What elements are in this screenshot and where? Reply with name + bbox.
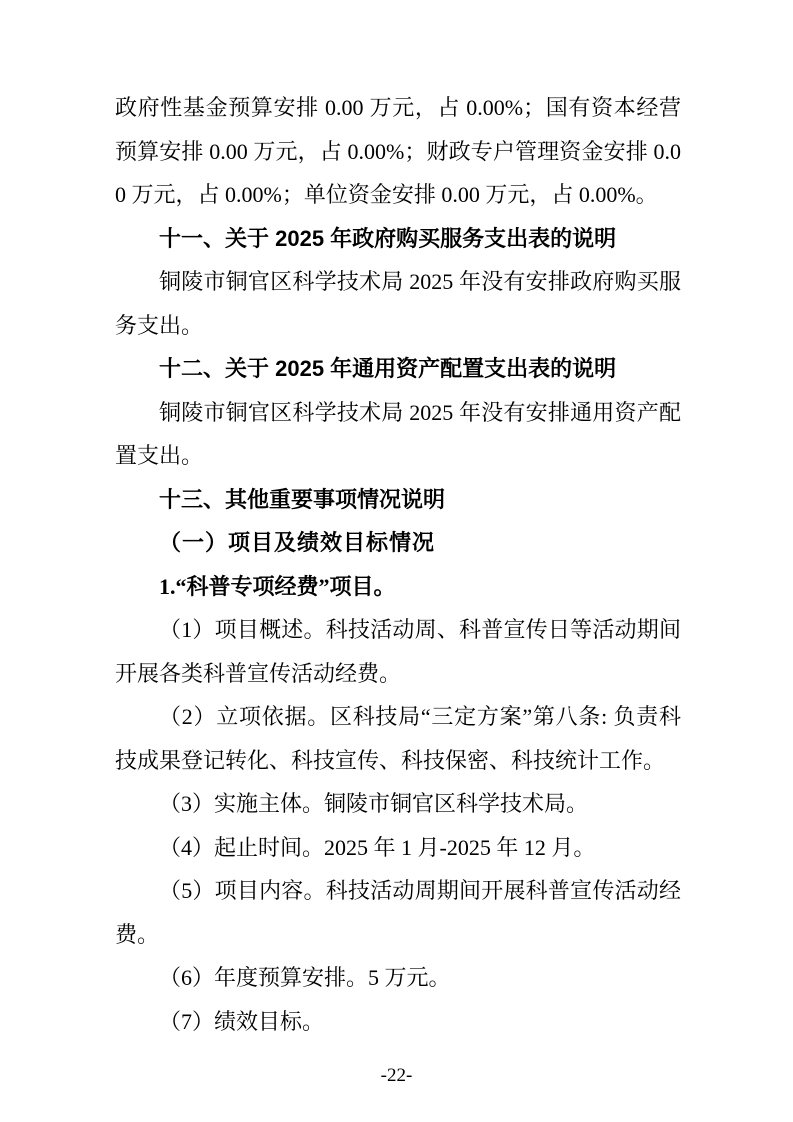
paragraph-performance-goal: （7）绩效目标。 [115,1000,681,1044]
heading-section-thirteen: 十三、其他重要事项情况说明 [115,478,681,522]
paragraph-asset-allocation: 铜陵市铜官区科学技术局 2025 年没有安排通用资产配置支出。 [115,391,681,478]
heading-section-eleven: 十一、关于 2025 年政府购买服务支出表的说明 [115,217,681,261]
paragraph-time-period: （4）起止时间。2025 年 1 月-2025 年 12 月。 [115,826,681,870]
paragraph-project-content: （5）项目内容。科技活动周期间开展科普宣传活动经费。 [115,869,681,956]
paragraph-budget-sources-continued: 政府性基金预算安排 0.00 万元，占 0.00%；国有资本经营预算安排 0.0… [115,86,681,217]
heading-subsection-one-performance: （一）项目及绩效目标情况 [115,521,681,565]
heading-project-kepu-fund: 1.“科普专项经费”项目。 [115,565,681,609]
paragraph-project-basis: （2）立项依据。区科技局“三定方案”第八条: 负责科技成果登记转化、科技宣传、科… [115,695,681,782]
paragraph-implementing-body: （3）实施主体。铜陵市铜官区科学技术局。 [115,782,681,826]
paragraph-gov-purchase-services: 铜陵市铜官区科学技术局 2025 年没有安排政府购买服务支出。 [115,260,681,347]
paragraph-annual-budget: （6）年度预算安排。5 万元。 [115,956,681,1000]
document-page: 政府性基金预算安排 0.00 万元，占 0.00%；国有资本经营预算安排 0.0… [0,0,793,1122]
document-content: 政府性基金预算安排 0.00 万元，占 0.00%；国有资本经营预算安排 0.0… [115,86,681,1043]
heading-section-twelve: 十二、关于 2025 年通用资产配置支出表的说明 [115,347,681,391]
page-number: -22- [0,1062,793,1090]
paragraph-project-overview: （1）项目概述。科技活动周、科普宣传日等活动期间开展各类科普宣传活动经费。 [115,608,681,695]
